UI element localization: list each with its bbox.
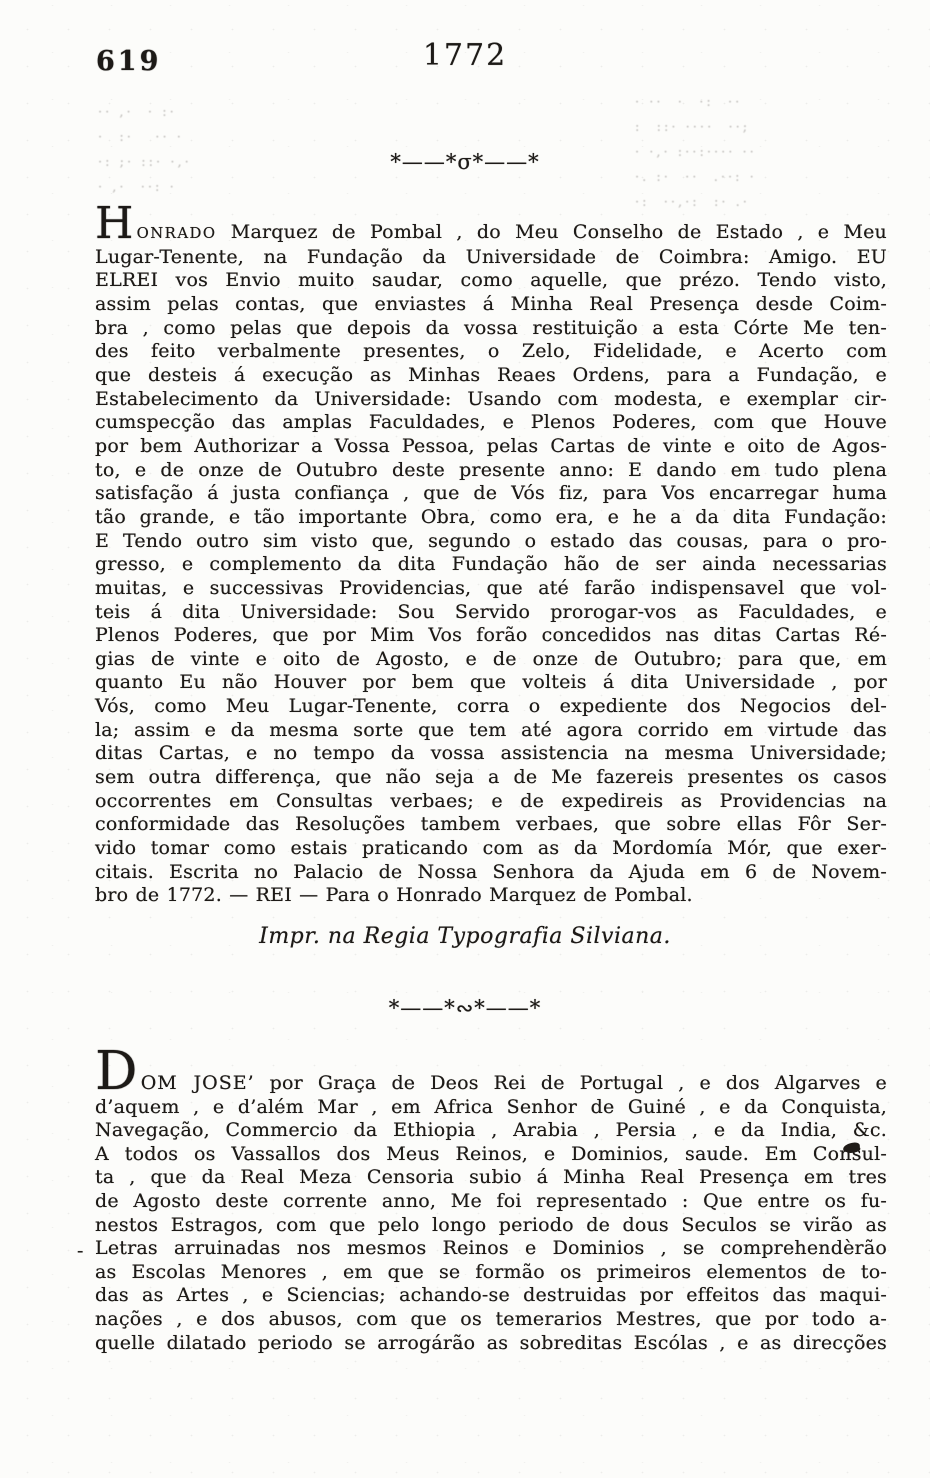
letter-body-lines: d’aquem , e d’além Mar , em Africa Senho… <box>95 1096 887 1356</box>
text-line: quelle dilatado periodo se arrogárão as … <box>95 1332 887 1356</box>
text-line: Plenos Poderes, que por Mim Vos forão co… <box>95 624 887 648</box>
text-line: HONRADO Marquez de Pombal , do Meu Conse… <box>95 221 887 246</box>
ornamental-divider: *——*∾*——* <box>0 996 930 1020</box>
imprint-line: Impr. na Regia Typografia Silviana. <box>0 924 930 949</box>
ornamental-divider: *——*σ*——* <box>0 150 930 174</box>
text-line: assim pelas contas, que enviastes á Minh… <box>95 293 887 317</box>
letter-body-lines: Lugar-Tenente, na Fundação da Universida… <box>95 246 887 908</box>
text-line: nestos Estragos, com que pelo longo peri… <box>95 1214 887 1238</box>
text-line: gias de vinte e oito de Agosto, e de onz… <box>95 648 887 672</box>
text-line: Vós, como Meu Lugar-Tenente, corra o exp… <box>95 695 887 719</box>
text-line: que desteis á execução as Minhas Reaes O… <box>95 364 887 388</box>
lead-smallcaps: ONRADO <box>137 225 217 242</box>
text-line: Navegação, Commercio da Ethiopia , Arabi… <box>95 1119 887 1143</box>
text-line: bro de 1772. — REI — Para o Honrado Marq… <box>95 884 887 908</box>
text-line: ta , que da Real Meza Censoria subio á M… <box>95 1166 887 1190</box>
text-line: Letras arruinadas nos mesmos Reinos e Do… <box>95 1237 887 1261</box>
noise-row: · :· ·· · <box>98 125 192 150</box>
text-line: conformidade das Resoluções tambem verba… <box>95 813 887 837</box>
text-line: DOM JOSE’ por Graça de Deos Rei de Portu… <box>95 1072 887 1096</box>
noise-row: · ·· · ·: ·· <box>635 90 757 115</box>
scanned-document-page: 619 1772 ·· ,· · :· · :· ·· · ·: ;· ::· … <box>0 0 930 1478</box>
text-line: sem outra differença, que não seja a de … <box>95 766 887 790</box>
text-line: tão grande, e tão importante Obra, como … <box>95 506 887 530</box>
text-line: to, e de onze de Outubro deste presente … <box>95 459 887 483</box>
royal-letter-to-pombal: HONRADO Marquez de Pombal , do Meu Conse… <box>95 221 887 908</box>
first-line-text: Marquez de Pombal , do Meu Conselho de E… <box>217 221 887 243</box>
text-line: la; assim e da mesma sorte que tem até a… <box>95 719 887 743</box>
text-line: teis á dita Universidade: Sou Servido pr… <box>95 601 887 625</box>
text-line: ditas Cartas, e no tempo da vossa assist… <box>95 742 887 766</box>
year-heading: 1772 <box>0 38 930 73</box>
text-line: citais. Escrita no Palacio de Nossa Senh… <box>95 861 887 885</box>
text-line: ELREI vos Envio muito saudar, como aquel… <box>95 269 887 293</box>
drop-cap-d: D <box>95 1041 138 1102</box>
text-line: Lugar-Tenente, na Fundação da Universida… <box>95 246 887 270</box>
text-line: nações , e dos abusos, com que os temera… <box>95 1308 887 1332</box>
text-line: d’aquem , e d’além Mar , em Africa Senho… <box>95 1096 887 1120</box>
drop-cap-h: H <box>95 198 134 249</box>
text-line: quanto Eu não Houver por bem que volteis… <box>95 671 887 695</box>
noise-row: ·· ,· · :· <box>98 100 192 125</box>
text-line: A todos os Vassallos dos Meus Reinos, e … <box>95 1143 887 1167</box>
text-line: Estabelecimento da Universidade: Usando … <box>95 388 887 412</box>
text-line: cumspecção das amplas Faculdades, e Plen… <box>95 411 887 435</box>
text-line: das as Artes , e Sciencias; achando-se d… <box>95 1284 887 1308</box>
first-line-text: por Graça de Deos Rei de Portugal , e do… <box>255 1072 887 1094</box>
decree-dom-jose: DOM JOSE’ por Graça de Deos Rei de Portu… <box>95 1072 887 1355</box>
text-line: occorrentes em Consultas verbaes; e de e… <box>95 790 887 814</box>
text-line: bra , como pelas que depois da vossa res… <box>95 317 887 341</box>
text-line: de Agosto deste corrente anno, Me foi re… <box>95 1190 887 1214</box>
text-line: muitas, e successivas Providencias, que … <box>95 577 887 601</box>
noise-row: ·: ··,·: :· .· <box>635 190 757 215</box>
text-line: gresso, e complemento da dita Fundação h… <box>95 553 887 577</box>
text-line: E Tendo outro sim visto que, segundo o e… <box>95 530 887 554</box>
text-line: satisfação á justa confiança , que de Vó… <box>95 482 887 506</box>
noise-row: · ,· ··: · <box>98 175 192 200</box>
text-line: por bem Authorizar a Vossa Pessoa, pelas… <box>95 435 887 459</box>
noise-row: : ::· ···· ··; <box>635 115 757 140</box>
text-line: as Escolas Menores , em que se formão os… <box>95 1261 887 1285</box>
text-line: vido tomar como estais praticando com as… <box>95 837 887 861</box>
text-line: des feito verbalmente presentes, o Zelo,… <box>95 340 887 364</box>
lead-caps: OM JOSE’ <box>141 1072 255 1094</box>
margin-mark: - <box>77 1240 83 1262</box>
